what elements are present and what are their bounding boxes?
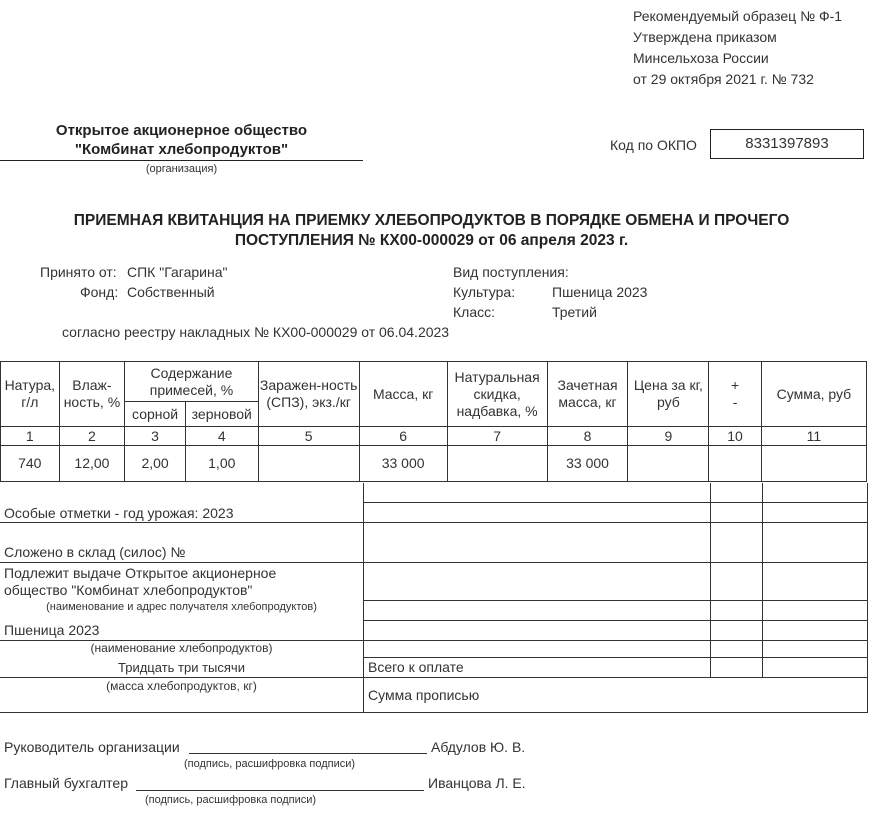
header-weed: сорной — [125, 402, 186, 427]
fund-label: Фонд: — [80, 284, 118, 300]
approval-block: Рекомендуемый образец № Ф-1 Утверждена п… — [633, 6, 842, 90]
organization-caption: (организация) — [0, 163, 363, 175]
accepted-from-label: Принято от: — [40, 264, 117, 280]
column-number: 9 — [628, 427, 709, 446]
sum-in-words-label: Сумма прописью — [368, 687, 479, 703]
product-caption: (наименование хлебопродуктов) — [0, 641, 363, 655]
cell-infestation — [258, 446, 359, 482]
total-to-pay-label: Всего к оплате — [368, 659, 464, 675]
mass-in-words: Тридцать три тысячи — [0, 660, 363, 675]
header-discount: Натуральная скидка, надбавка, % — [447, 362, 547, 427]
cell-plusminus — [709, 446, 762, 482]
accountant-label: Главный бухгалтер — [4, 775, 128, 791]
header-infestation: Заражен-ность (СПЗ), экз./кг — [258, 362, 359, 427]
stored-in-silo: Сложено в склад (силос) № — [4, 544, 185, 560]
header-moisture: Влаж-ность, % — [59, 362, 125, 427]
column-number: 8 — [547, 427, 628, 446]
header-mass: Масса, кг — [359, 362, 447, 427]
cell-grain: 1,00 — [185, 446, 258, 482]
accountant-signature-caption: (подпись, расшифровка подписи) — [145, 794, 316, 806]
approval-line: Минсельхоза России — [633, 48, 842, 69]
culture-value: Пшеница 2023 — [552, 284, 647, 300]
organization-name: Открытое акционерное общество "Комбинат … — [0, 121, 363, 159]
header-natura: Натура, г/л — [1, 362, 60, 427]
column-numbers-row: 1 2 3 4 5 6 7 8 9 10 11 — [1, 427, 867, 446]
culture-label: Культура: — [453, 284, 515, 300]
approval-line: Утверждена приказом — [633, 27, 842, 48]
organization-name-line1: Открытое акционерное общество — [0, 121, 363, 140]
column-number: 11 — [761, 427, 866, 446]
registry-reference: согласно реестру накладных № КХ00-000029… — [62, 324, 449, 340]
header-sum: Сумма, руб — [761, 362, 866, 427]
grain-table: Натура, г/л Влаж-ность, % Содержание при… — [0, 361, 867, 482]
organization-underline — [0, 160, 363, 161]
header-credit-mass: Зачетная масса, кг — [547, 362, 628, 427]
column-number: 3 — [125, 427, 186, 446]
header-impurities: Содержание примесей, % — [125, 362, 258, 402]
approval-line: Рекомендуемый образец № Ф-1 — [633, 6, 842, 27]
receipt-type-label: Вид поступления: — [453, 264, 569, 280]
cell-price — [628, 446, 709, 482]
column-number: 7 — [447, 427, 547, 446]
column-number: 2 — [59, 427, 125, 446]
cell-sum — [761, 446, 866, 482]
class-value: Третий — [552, 304, 597, 320]
header-price: Цена за кг, руб — [628, 362, 709, 427]
cell-weed: 2,00 — [125, 446, 186, 482]
product-name: Пшеница 2023 — [4, 622, 99, 638]
issue-to-caption: (наименование и адрес получателя хлебопр… — [0, 601, 363, 613]
header-plusminus: + - — [709, 362, 762, 427]
cell-mass: 33 000 — [359, 446, 447, 482]
mass-caption: (масса хлебопродуктов, кг) — [0, 679, 363, 693]
issue-to-line1: Подлежит выдаче Открытое акционерное — [4, 565, 276, 581]
header-grain: зерновой — [185, 402, 258, 427]
column-number: 1 — [1, 427, 60, 446]
cell-credit-mass: 33 000 — [547, 446, 628, 482]
column-number: 10 — [709, 427, 762, 446]
okpo-value: 8331397893 — [710, 129, 864, 159]
head-label: Руководитель организации — [4, 739, 180, 755]
okpo-label: Код по ОКПО — [610, 137, 697, 153]
head-name: Абдулов Ю. В. — [431, 739, 525, 755]
cell-natura: 740 — [1, 446, 60, 482]
accountant-signature-line — [136, 790, 424, 791]
accountant-name: Иванцова Л. Е. — [428, 775, 526, 791]
approval-line: от 29 октября 2021 г. № 732 — [633, 69, 842, 90]
special-marks: Особые отметки - год урожая: 2023 — [4, 505, 233, 521]
organization-name-line2: "Комбинат хлебопродуктов" — [0, 140, 363, 159]
table-row: 740 12,00 2,00 1,00 33 000 33 000 — [1, 446, 867, 482]
fund-value: Собственный — [127, 284, 215, 300]
document-title: ПРИЕМНАЯ КВИТАНЦИЯ НА ПРИЕМКУ ХЛЕБОПРОДУ… — [32, 211, 830, 251]
column-number: 4 — [185, 427, 258, 446]
cell-moisture: 12,00 — [59, 446, 125, 482]
head-signature-caption: (подпись, расшифровка подписи) — [184, 758, 355, 770]
issue-to-line2: общество "Комбинат хлебопродуктов" — [4, 582, 252, 598]
accepted-from-value: СПК "Гагарина" — [127, 264, 227, 280]
class-label: Класс: — [453, 304, 495, 320]
head-signature-line — [189, 753, 427, 754]
column-number: 5 — [258, 427, 359, 446]
column-number: 6 — [359, 427, 447, 446]
cell-discount — [447, 446, 547, 482]
